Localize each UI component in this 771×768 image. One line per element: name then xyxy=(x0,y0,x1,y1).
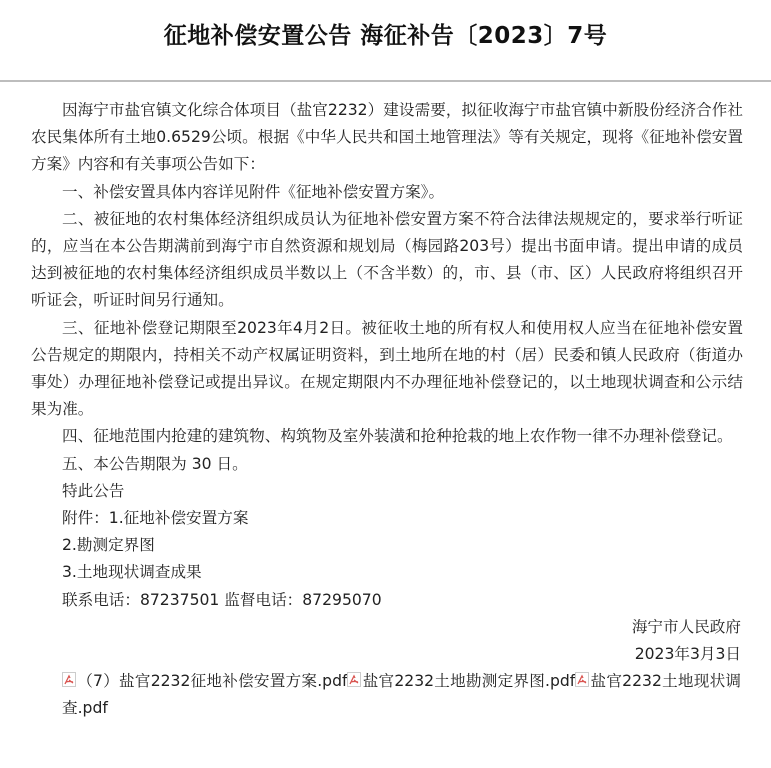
page-title: 征地补偿安置公告 海征补告〔2023〕7号 xyxy=(0,16,771,56)
attachment-name: 盐官2232土地勘测定界图.pdf xyxy=(362,672,575,690)
attachment-link-compensation-plan[interactable]: （7）盐官2232征地补偿安置方案.pdf xyxy=(62,672,347,690)
item-2-paragraph: 二、被征地的农村集体经济组织成员认为征地补偿安置方案不符合法律法规规定的，要求举… xyxy=(31,206,743,315)
attachment-link-survey-map[interactable]: 盐官2232土地勘测定界图.pdf xyxy=(347,672,575,690)
announcement-body: 因海宁市盐官镇文化综合体项目（盐官2232）建设需要，拟征收海宁市盐官镇中新股份… xyxy=(31,97,743,723)
item-4-paragraph: 四、征地范围内抢建的建筑物、构筑物及室外装潢和抢种抢栽的地上农作物一律不办理补偿… xyxy=(31,423,743,450)
attachment-list-label: 附件：1.征地补偿安置方案 xyxy=(31,505,743,532)
item-3-paragraph: 三、征地补偿登记期限至2023年4月2日。被征收土地的所有权人和使用权人应当在征… xyxy=(31,315,743,424)
contact-phones: 联系电话：87237501 监督电话：87295070 xyxy=(31,587,743,614)
title-divider xyxy=(0,80,771,82)
issue-date: 2023年3月3日 xyxy=(31,641,743,668)
pdf-icon xyxy=(575,672,589,687)
attachment-list-item-2: 2.勘测定界图 xyxy=(31,532,743,559)
attachment-name: （7）盐官2232征地补偿安置方案.pdf xyxy=(77,672,347,690)
pdf-icon xyxy=(347,672,361,687)
attachment-list-item-3: 3.土地现状调查成果 xyxy=(31,559,743,586)
pdf-icon xyxy=(62,672,76,687)
attachment-files: （7）盐官2232征地补偿安置方案.pdf盐官2232土地勘测定界图.pdf盐官… xyxy=(31,668,743,722)
closing-text: 特此公告 xyxy=(31,478,743,505)
item-5-paragraph: 五、本公告期限为 30 日。 xyxy=(31,451,743,478)
item-1-paragraph: 一、补偿安置具体内容详见附件《征地补偿安置方案》。 xyxy=(31,179,743,206)
issuer-name: 海宁市人民政府 xyxy=(31,614,743,641)
intro-paragraph: 因海宁市盐官镇文化综合体项目（盐官2232）建设需要，拟征收海宁市盐官镇中新股份… xyxy=(31,97,743,179)
